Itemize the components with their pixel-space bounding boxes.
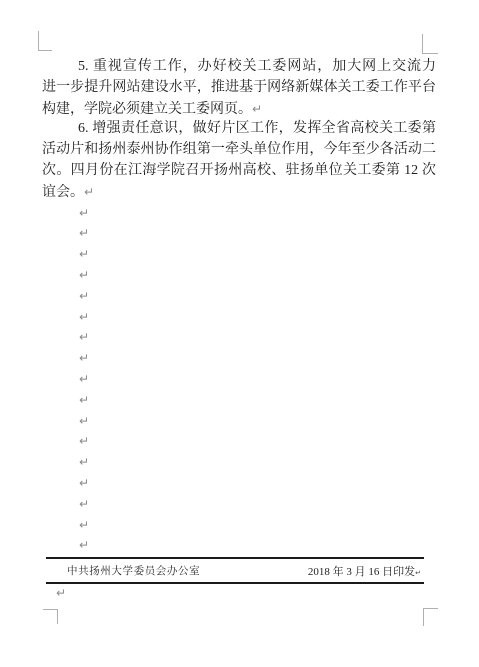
- paragraph-mark-icon: ↵: [79, 476, 89, 490]
- empty-paragraph-line: ↵: [42, 431, 436, 452]
- paragraph-mark-icon: ↵: [79, 289, 89, 303]
- body-lines: 5. 重视宣传工作，办好校关工委网站，加大网上交流力度，进一步提升网站建设水平，…: [42, 57, 436, 203]
- empty-paragraph-line: ↵: [42, 369, 436, 390]
- empty-paragraph-line: ↵: [42, 286, 436, 307]
- paragraph-mark-icon: ↵: [79, 434, 89, 448]
- empty-paragraph-line: ↵: [42, 223, 436, 244]
- crop-mark-bottom-left-icon: [43, 609, 58, 624]
- document-page: 5. 重视宣传工作，办好校关工委网站，加大网上交流力度，进一步提升网站建设水平，…: [0, 0, 479, 667]
- empty-paragraph-line: ↵: [42, 348, 436, 369]
- empty-paragraph-line: ↵: [42, 265, 436, 286]
- footer-paragraph-mark-icon: ↵: [56, 586, 66, 600]
- paragraph-mark-icon: ↵: [79, 247, 89, 261]
- paragraph-mark-icon: ↵: [79, 330, 89, 344]
- footer-block: 中共扬州大学委员会办公室 2018 年 3 月 16 日印发↵: [46, 557, 424, 584]
- empty-paragraph-line: ↵: [42, 535, 436, 556]
- footer-print-date: 2018 年 3 月 16 日印发↵: [308, 563, 424, 579]
- document-body: 5. 重视宣传工作，办好校关工委网站，加大网上交流力度，进一步提升网站建设水平，…: [42, 57, 436, 556]
- paragraph-mark-icon: ↵: [79, 455, 89, 469]
- crop-mark-top-left-icon: [38, 31, 52, 51]
- body-line-text: 活动片和扬州泰州协作组第一牵头单位作用，今年至少各活动二: [42, 142, 436, 157]
- body-line: 谊会。↵: [42, 182, 436, 203]
- crop-mark-bottom-right-icon: [423, 608, 438, 626]
- body-line: 次。四月份在江海学院召开扬州高校、驻扬单位关工委第 12 次联: [42, 161, 436, 182]
- empty-paragraph-line: ↵: [42, 203, 436, 224]
- footer-issuing-office: 中共扬州大学委员会办公室: [46, 563, 200, 578]
- crop-mark-top-right-icon: [422, 34, 438, 54]
- paragraph-mark-icon: ↵: [79, 206, 89, 220]
- empty-paragraph-line: ↵: [42, 244, 436, 265]
- empty-paragraph-line: ↵: [42, 390, 436, 411]
- paragraph-mark-icon: ↵: [79, 497, 89, 511]
- paragraph-mark-icon: ↵: [79, 226, 89, 240]
- empty-paragraph-line: ↵: [42, 515, 436, 536]
- body-line: 构建，学院必须建立关工委网页。↵: [42, 99, 436, 120]
- body-line-text: 进一步提升网站建设水平，推进基于网络新媒体关工委工作平台: [42, 80, 436, 95]
- paragraph-mark-icon: ↵: [84, 185, 94, 199]
- paragraph-mark-icon: ↵: [79, 351, 89, 365]
- paragraph-mark-icon: ↵: [79, 310, 89, 324]
- paragraph-mark-icon: ↵: [79, 268, 89, 282]
- body-line-text: 谊会。: [42, 185, 84, 200]
- empty-paragraphs: ↵↵↵↵↵↵↵↵↵↵↵↵↵↵↵↵↵: [42, 203, 436, 557]
- body-line: 6. 增强责任意识，做好片区工作，发挥全省高校关工委第 5: [42, 119, 436, 140]
- empty-paragraph-line: ↵: [42, 327, 436, 348]
- empty-paragraph-line: ↵: [42, 452, 436, 473]
- paragraph-mark-icon: ↵: [79, 518, 89, 532]
- empty-paragraph-line: ↵: [42, 494, 436, 515]
- body-line: 5. 重视宣传工作，办好校关工委网站，加大网上交流力度，: [42, 57, 436, 78]
- paragraph-mark-icon: ↵: [79, 372, 89, 386]
- paragraph-mark-icon: ↵: [79, 414, 89, 428]
- footer-end-paragraph-mark-icon: ↵: [415, 569, 421, 577]
- empty-paragraph-line: ↵: [42, 411, 436, 432]
- paragraph-mark-icon: ↵: [252, 102, 262, 116]
- empty-paragraph-line: ↵: [42, 307, 436, 328]
- footer-print-date-text: 2018 年 3 月 16 日印发: [308, 566, 415, 578]
- body-line-text: 5. 重视宣传工作，办好校关工委网站，加大网上交流力度，: [42, 59, 436, 78]
- paragraph-mark-icon: ↵: [79, 538, 89, 552]
- empty-paragraph-line: ↵: [42, 473, 436, 494]
- paragraph-mark-icon: ↵: [79, 393, 89, 407]
- body-line: 进一步提升网站建设水平，推进基于网络新媒体关工委工作平台: [42, 78, 436, 99]
- body-line-text: 6. 增强责任意识，做好片区工作，发挥全省高校关工委第 5: [42, 121, 436, 140]
- body-line: 活动片和扬州泰州协作组第一牵头单位作用，今年至少各活动二: [42, 140, 436, 161]
- body-line-text: 次。四月份在江海学院召开扬州高校、驻扬单位关工委第 12 次联: [42, 163, 436, 182]
- body-line-text: 构建，学院必须建立关工委网页。: [42, 102, 252, 117]
